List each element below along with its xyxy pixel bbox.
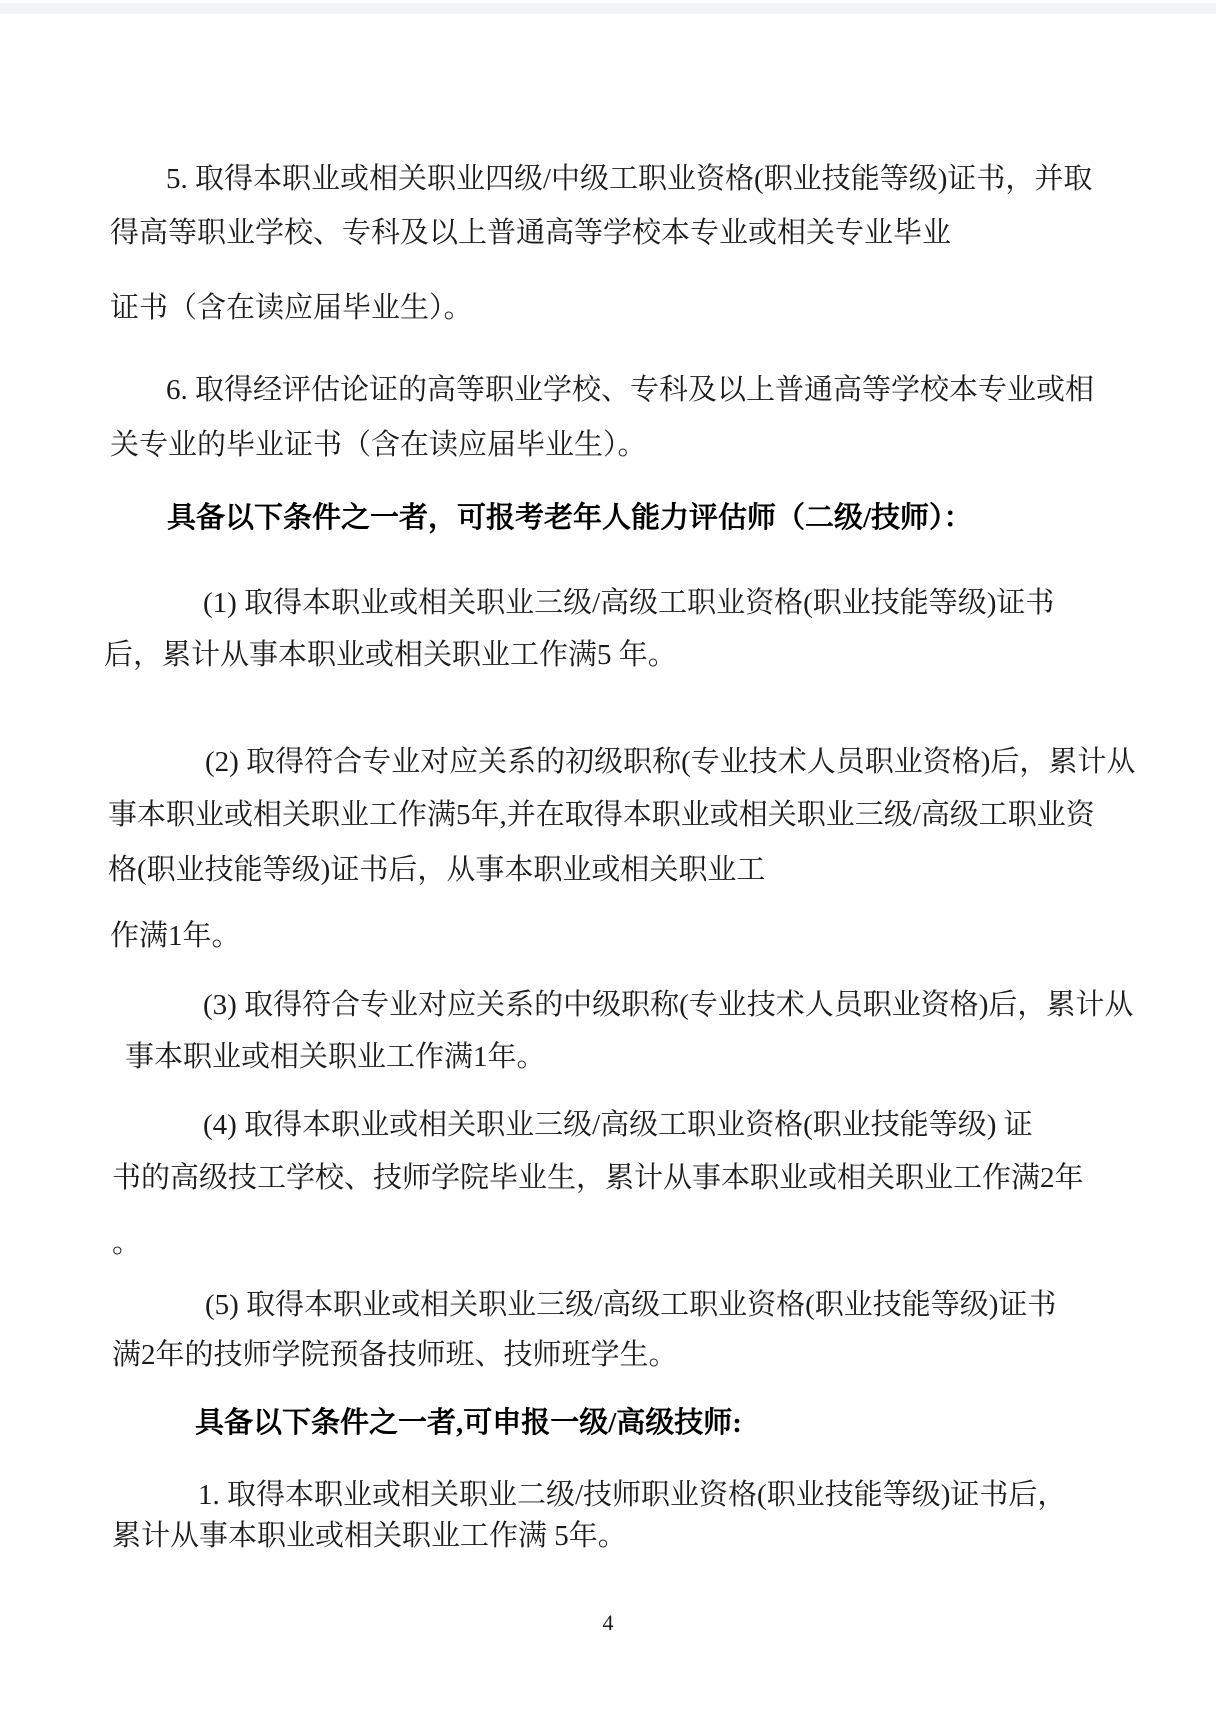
paragraph-5-line-3: 证书（含在读应届毕业生）。: [110, 294, 473, 323]
condition-5-line-1: (5) 取得本职业或相关职业三级/高级工职业资格(职业技能等级)证书: [205, 1291, 1056, 1320]
item-1-line-2: 累计从事本职业或相关职业工作满 5年。: [112, 1522, 627, 1551]
condition-2-line-2: 事本职业或相关职业工作满5年,并在取得本职业或相关职业三级/高级工职业资: [108, 801, 1095, 830]
page-number: 4: [0, 1612, 1216, 1634]
paragraph-5-line-2: 得高等职业学校、专科及以上普通高等学校本专业或相关专业毕业: [110, 219, 951, 248]
condition-1-line-1: (1) 取得本职业或相关职业三级/高级工职业资格(职业技能等级)证书: [203, 589, 1054, 618]
heading-level2-technician: 具备以下条件之一者，可报考老年人能力评估师（二级/技师）：: [167, 504, 973, 533]
condition-5-line-2: 满2年的技师学院预备技师班、技师班学生。: [112, 1341, 678, 1370]
condition-4-line-2: 书的高级技工学校、技师学院毕业生，累计从事本职业或相关职业工作满2年: [112, 1164, 1084, 1193]
condition-2-line-1: (2) 取得符合专业对应关系的初级职称(专业技术人员职业资格)后，累计从: [205, 748, 1135, 777]
condition-3-line-2: 事本职业或相关职业工作满1年。: [125, 1043, 546, 1072]
document-page: 5. 取得本职业或相关职业四级/中级工职业资格(职业技能等级)证书，并取 得高等…: [0, 0, 1216, 1733]
condition-4-line-3: 。: [112, 1229, 141, 1258]
heading-level1-senior-technician: 具备以下条件之一者,可申报一级/高级技师:: [195, 1409, 742, 1438]
page-top-separator: [0, 3, 1216, 14]
paragraph-5-line-1: 5. 取得本职业或相关职业四级/中级工职业资格(职业技能等级)证书，并取: [166, 165, 1092, 194]
condition-1-line-2: 后，累计从事本职业或相关职业工作满5 年。: [104, 641, 677, 670]
item-1-line-1: 1. 取得本职业或相关职业二级/技师职业资格(职业技能等级)证书后，: [198, 1481, 1066, 1510]
condition-2-line-3: 格(职业技能等级)证书后，从事本职业或相关职业工: [108, 856, 765, 885]
paragraph-6-line-2: 关专业的毕业证书（含在读应届毕业生）。: [110, 431, 647, 460]
paragraph-6-line-1: 6. 取得经评估论证的高等职业学校、专科及以上普通高等学校本专业或相: [166, 376, 1094, 405]
condition-3-line-1: (3) 取得符合专业对应关系的中级职称(专业技术人员职业资格)后，累计从: [203, 991, 1133, 1020]
condition-2-line-4: 作满1年。: [110, 922, 241, 951]
condition-4-line-1: (4) 取得本职业或相关职业三级/高级工职业资格(职业技能等级) 证: [203, 1111, 1033, 1140]
